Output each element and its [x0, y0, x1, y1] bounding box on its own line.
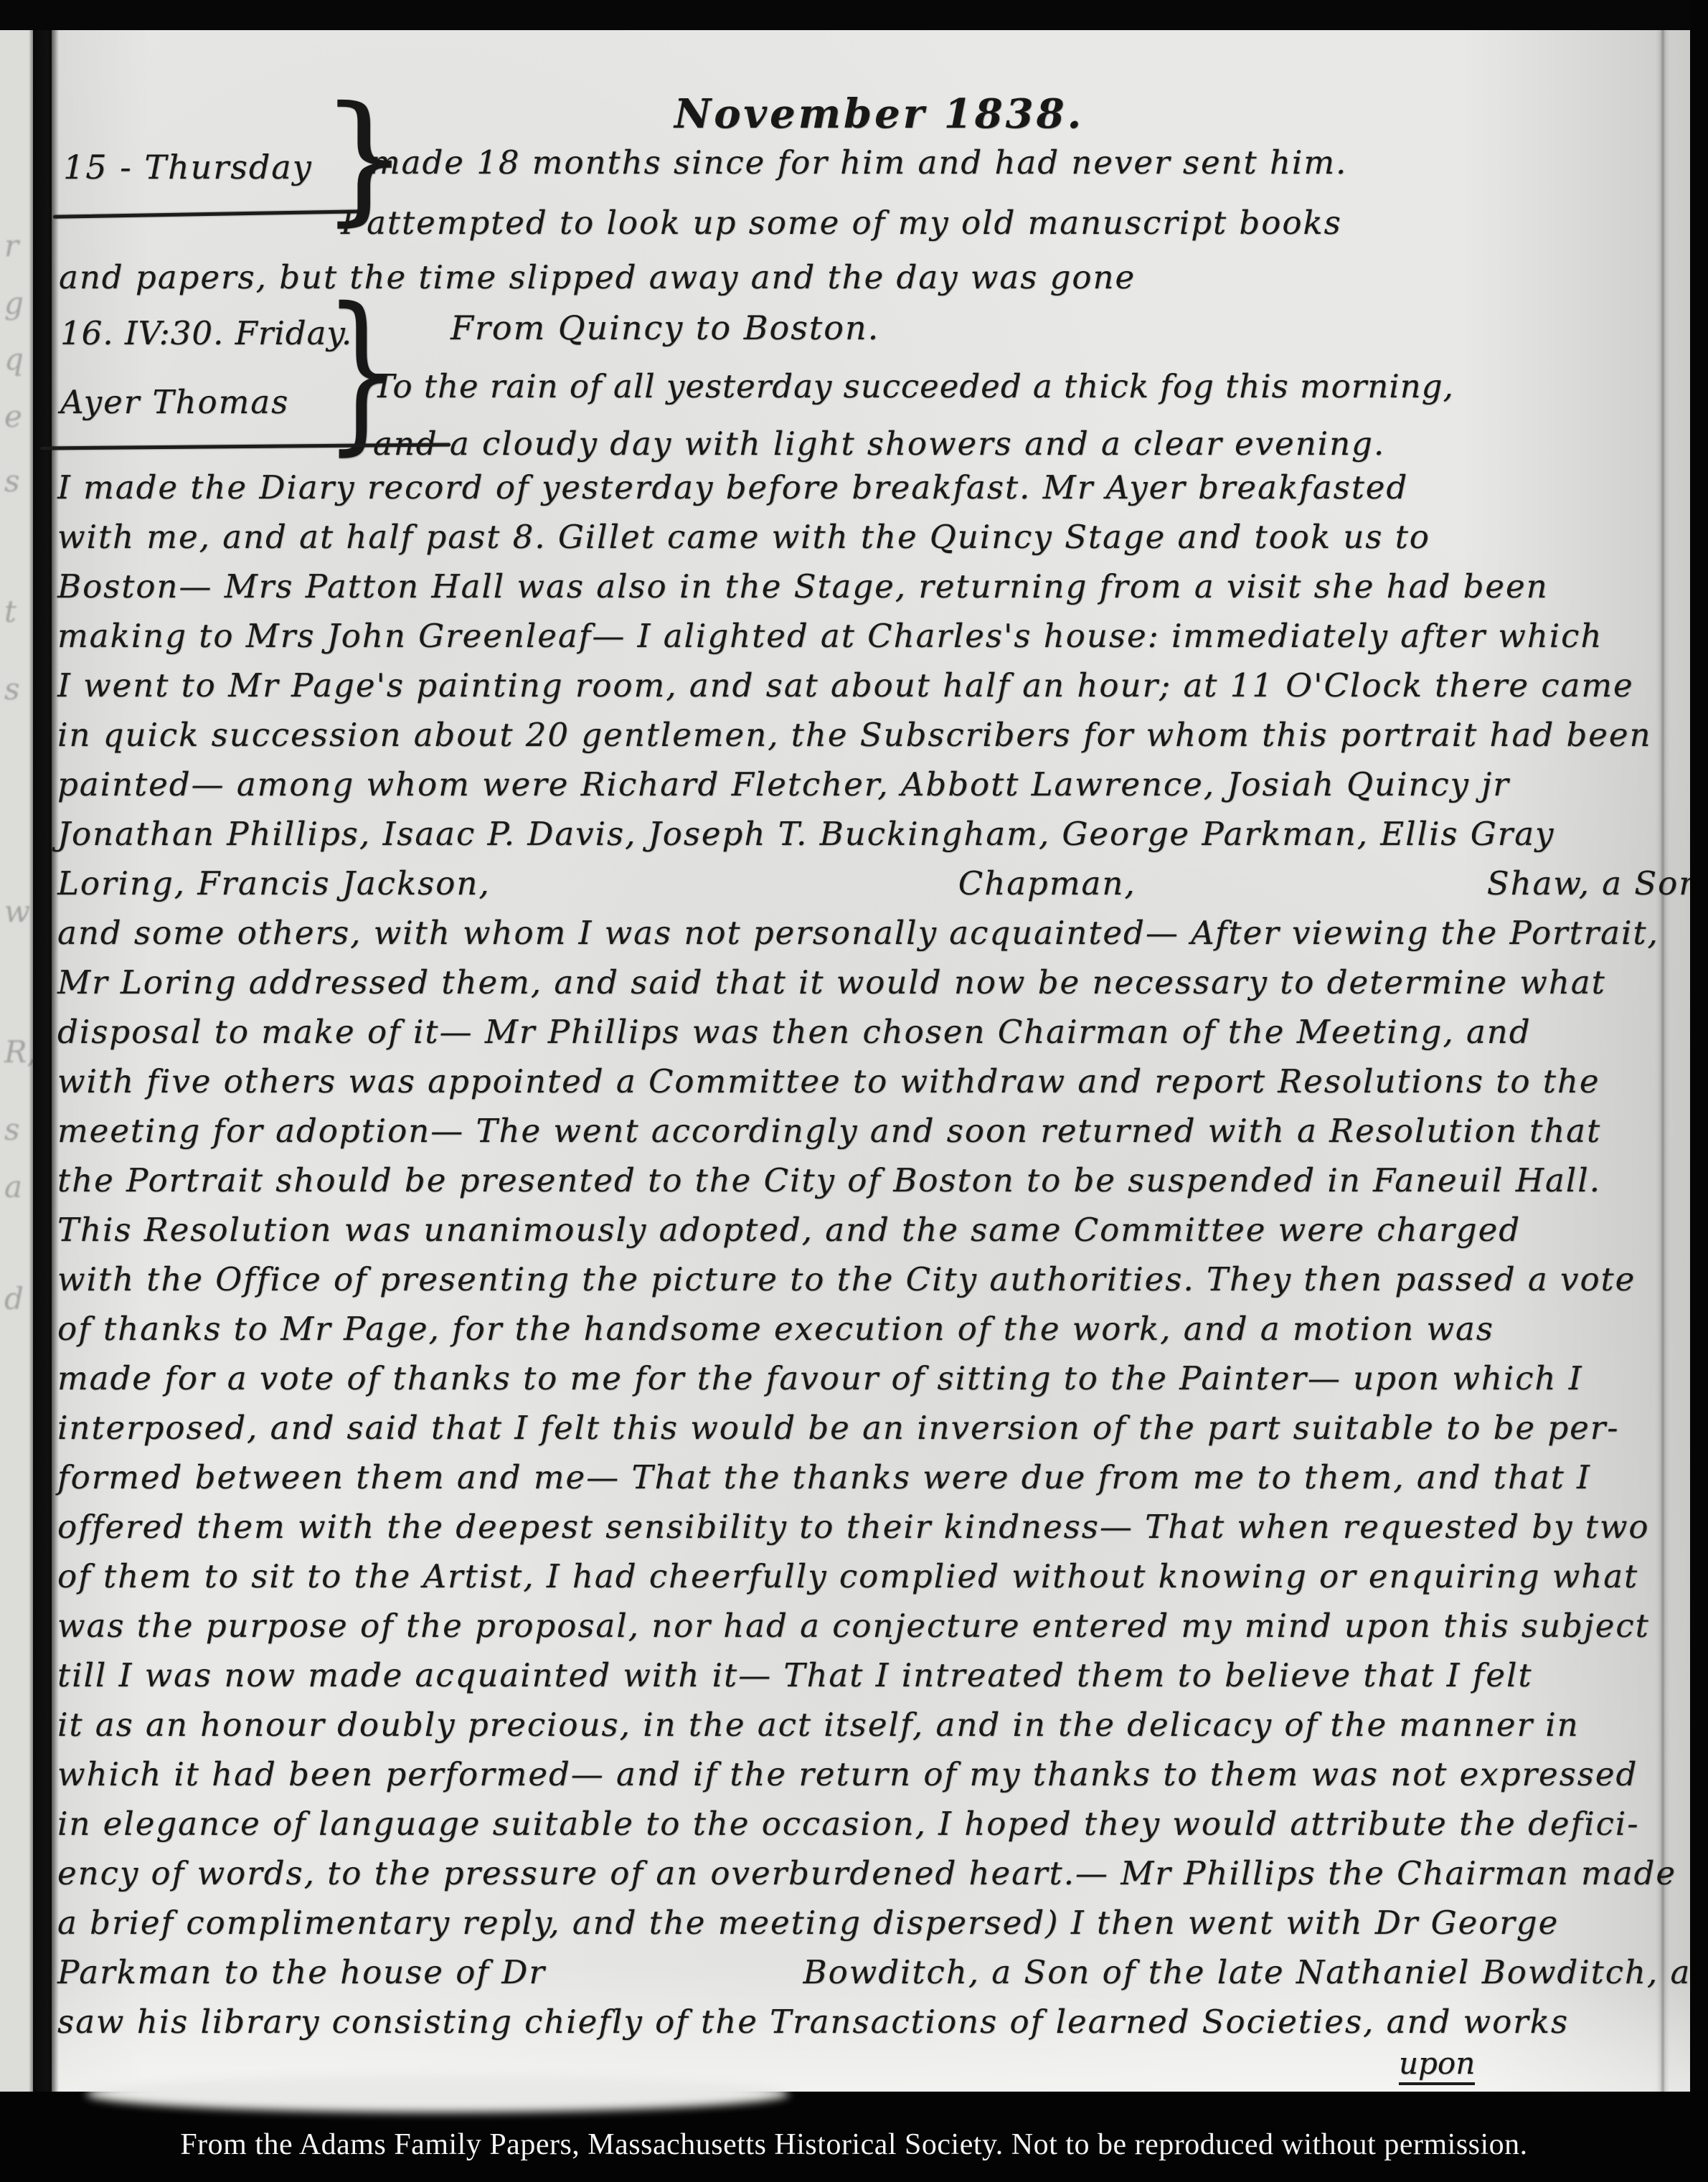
- manuscript-line: Jonathan Phillips, Isaac P. Davis, Josep…: [57, 809, 1676, 859]
- manuscript-line: made 18 months since for him and had nev…: [369, 143, 1347, 181]
- manuscript-line: a brief complimentary reply, and the mee…: [57, 1898, 1676, 1947]
- entry-15-date-margin: 15 - Thursday: [63, 148, 313, 186]
- manuscript-line: with the Office of presenting the pictur…: [57, 1255, 1676, 1304]
- left-edge-mark: w: [4, 894, 30, 929]
- manuscript-line: To the rain of all yesterday succeeded a…: [373, 367, 1454, 405]
- entry-16-date-margin: 16. IV:30. Friday.: [60, 314, 352, 352]
- manuscript-line: and some others, with whom I was not per…: [57, 908, 1676, 958]
- manuscript-line: making to Mrs John Greenleaf— I alighted…: [57, 611, 1676, 661]
- left-edge-mark: q: [4, 341, 24, 377]
- manuscript-line: and papers, but the time slipped away an…: [59, 258, 1136, 296]
- manuscript-line: Boston— Mrs Patton Hall was also in the …: [57, 562, 1676, 611]
- manuscript-line: which it had been performed— and if the …: [57, 1749, 1676, 1799]
- manuscript-line: disposal to make of it— Mr Phillips was …: [57, 1007, 1676, 1057]
- diary-body-text: I made the Diary record of yesterday bef…: [57, 463, 1676, 2046]
- left-edge-mark: s: [4, 671, 20, 707]
- manuscript-line: made for a vote of thanks to me for the …: [57, 1354, 1676, 1403]
- entry-16-journey-heading: From Quincy to Boston.: [450, 308, 879, 347]
- left-edge-mark: t: [4, 594, 16, 629]
- diary-month-title: November 1838.: [674, 90, 1084, 138]
- manuscript-line: Loring, Francis Jackson, Chapman, Shaw, …: [57, 859, 1676, 908]
- manuscript-line: the Portrait should be presented to the …: [57, 1156, 1676, 1205]
- manuscript-line: ency of words, to the pressure of an ove…: [57, 1848, 1676, 1898]
- manuscript-line: till I was now made acquainted with it— …: [57, 1650, 1676, 1700]
- left-edge-mark: e: [4, 399, 22, 434]
- manuscript-line: in quick succession about 20 gentlemen, …: [57, 710, 1676, 760]
- manuscript-line: I went to Mr Page's painting room, and s…: [57, 661, 1676, 710]
- left-edge-mark: a: [4, 1169, 22, 1204]
- scan-top-edge: [0, 0, 1708, 30]
- manuscript-scan: r g q e s t s w R, s a d November 1838. …: [0, 0, 1708, 2182]
- left-edge-mark: s: [4, 463, 20, 499]
- manuscript-line: I made the Diary record of yesterday bef…: [57, 463, 1676, 512]
- left-edge-mark: d: [4, 1281, 24, 1316]
- manuscript-line: painted— among whom were Richard Fletche…: [57, 760, 1676, 809]
- left-edge-mark: g: [4, 285, 24, 321]
- manuscript-line: of them to sit to the Artist, I had chee…: [57, 1552, 1676, 1601]
- manuscript-line: and a cloudy day with light showers and …: [373, 425, 1385, 463]
- manuscript-line: interposed, and said that I felt this wo…: [57, 1403, 1676, 1453]
- manuscript-line: with me, and at half past 8. Gillet came…: [57, 512, 1676, 562]
- scan-right-edge: [1690, 0, 1708, 2182]
- entry-16-visitor-margin: Ayer Thomas: [60, 383, 289, 421]
- manuscript-line: in elegance of language suitable to the …: [57, 1799, 1676, 1848]
- manuscript-line: This Resolution was unanimously adopted,…: [57, 1205, 1676, 1255]
- page-bottom-shadow-curve: [86, 2075, 789, 2112]
- manuscript-line: Parkman to the house of Dr Bowditch, a S…: [57, 1947, 1676, 1997]
- archive-credit-caption: From the Adams Family Papers, Massachuse…: [0, 2127, 1708, 2162]
- manuscript-line: of thanks to Mr Page, for the handsome e…: [57, 1304, 1676, 1354]
- catchword: upon: [1399, 2046, 1475, 2085]
- manuscript-line: I attempted to look up some of my old ma…: [341, 204, 1342, 242]
- manuscript-line: formed between them and me— That the tha…: [57, 1453, 1676, 1502]
- left-edge-mark: r: [4, 228, 19, 263]
- left-edge-mark: s: [4, 1112, 20, 1147]
- manuscript-line: with five others was appointed a Committ…: [57, 1057, 1676, 1106]
- manuscript-line: saw his library consisting chiefly of th…: [57, 1997, 1676, 2046]
- manuscript-line: offered them with the deepest sensibilit…: [57, 1502, 1676, 1552]
- manuscript-line: Mr Loring addressed them, and said that …: [57, 958, 1676, 1007]
- manuscript-line: it as an honour doubly precious, in the …: [57, 1700, 1676, 1749]
- binding-gutter-shadow: [29, 0, 59, 2182]
- manuscript-line: was the purpose of the proposal, nor had…: [57, 1601, 1676, 1650]
- manuscript-line: meeting for adoption— The went according…: [57, 1106, 1676, 1156]
